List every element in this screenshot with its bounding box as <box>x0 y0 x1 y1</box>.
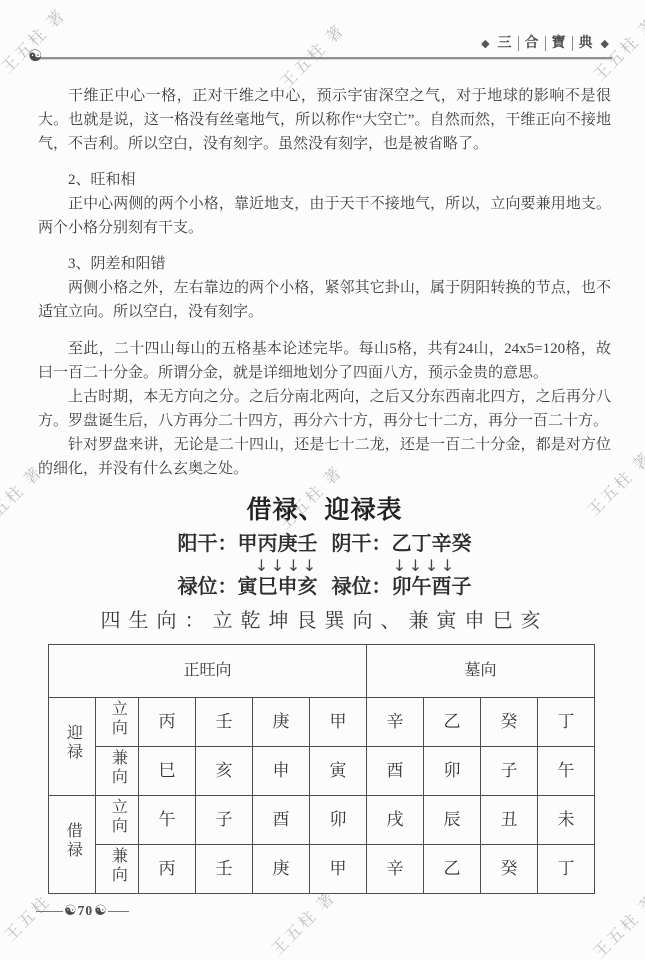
gan-char: 丁 <box>412 531 432 557</box>
lu-char: 寅 <box>238 574 258 600</box>
table-cell: 子 <box>196 796 253 845</box>
arrow-down-icon: ↓ <box>286 557 302 574</box>
table-cell: 乙 <box>424 845 481 894</box>
arrow-down-icon: ↓ <box>392 557 408 574</box>
arrow-down-icon: ↓ <box>440 557 456 574</box>
footer-rule-left <box>36 911 63 912</box>
row-group-label: 迎禄 <box>49 698 96 796</box>
gan-char: 癸 <box>452 531 472 557</box>
table-subtitle: 四生向：立乾坤艮巽向、兼寅申巳亥 <box>38 609 611 633</box>
table-cell: 申 <box>253 747 310 796</box>
lu-char: 酉 <box>432 574 452 600</box>
gan-char: 辛 <box>432 531 452 557</box>
table-cell: 癸 <box>481 698 538 747</box>
row-sublabel: 兼向 <box>96 747 139 796</box>
table-cell: 壬 <box>196 698 253 747</box>
table-cell: 壬 <box>196 845 253 894</box>
gan-row: 阳干： 甲 丙 庚 壬 阴干： 乙 丁 辛 癸 <box>178 531 472 557</box>
brand-char: 寶 <box>545 36 572 51</box>
lu-label: 禄位： <box>332 574 392 600</box>
yin-gan-label: 阴干： <box>332 531 392 557</box>
table-cell: 酉 <box>367 747 424 796</box>
table-cell: 乙 <box>424 698 481 747</box>
table-title: 借禄、迎禄表 <box>38 499 611 523</box>
lu-row: 禄位： 寅 巳 申 亥 禄位： 卯 午 酉 子 <box>178 574 472 600</box>
paragraph: 正中心两侧的两个小格，靠近地支，由于天干不接地气，所以，立向要兼用地支。两个小格… <box>38 192 611 240</box>
paragraph: 干维正中心一格，正对干维之中心，预示宇宙深空之气，对于地球的影响不是很大。也就是… <box>38 84 611 156</box>
paragraph: 两侧小格之外，左右靠边的两个小格，紧邻其它卦山，属于阴阳转换的节点，也不适宜立向… <box>38 276 611 324</box>
lu-char: 申 <box>278 574 298 600</box>
paragraph: 针对罗盘来讲，无论是二十四山，还是七十二龙，还是一百二十分金，都是对方位的细化，… <box>38 433 611 481</box>
yinyang-icon: ☯ <box>28 48 42 64</box>
table-cell: 辰 <box>424 796 481 845</box>
table-cell: 辛 <box>367 698 424 747</box>
table-cell: 甲 <box>310 698 367 747</box>
section-heading: 3、阴差和阳错 <box>38 252 611 276</box>
gan-char: 甲 <box>238 531 258 557</box>
book-page: 王五柱 著 王五柱 著 王五柱 著 王五柱 著 王五柱 著 王五柱 著 王五柱 … <box>0 0 645 960</box>
arrow-down-icon: ↓ <box>254 557 270 574</box>
table-cell: 子 <box>481 747 538 796</box>
table-cell: 酉 <box>253 796 310 845</box>
yinyang-icon: ☯ <box>93 904 108 918</box>
table-cell: 午 <box>139 796 196 845</box>
lu-char: 亥 <box>298 574 318 600</box>
table-cell: 巳 <box>139 747 196 796</box>
diamond-icon: ◆ <box>479 37 491 50</box>
book-brand: ◆ 三 合 寶 典 ◆ <box>479 36 611 51</box>
row-sublabel: 立向 <box>96 796 139 845</box>
table-cell: 寅 <box>310 747 367 796</box>
gan-char: 壬 <box>298 531 318 557</box>
table-cell: 庚 <box>253 698 310 747</box>
arrow-down-icon: ↓ <box>270 557 286 574</box>
table-row: 兼向 巳 亥 申 寅 酉 卯 子 午 <box>49 747 595 796</box>
gan-char: 丙 <box>258 531 278 557</box>
lu-char: 午 <box>412 574 432 600</box>
table-row: 迎禄 立向 丙 壬 庚 甲 辛 乙 癸 丁 <box>49 698 595 747</box>
lu-diagram: 阳干： 甲 丙 庚 壬 阴干： 乙 丁 辛 癸 阳干： ↓ <box>38 531 611 600</box>
table-cell: 丙 <box>139 845 196 894</box>
table-cell: 甲 <box>310 845 367 894</box>
row-sublabel: 兼向 <box>96 845 139 894</box>
lu-table: 正旺向 墓向 迎禄 立向 丙 壬 庚 甲 辛 乙 癸 丁 兼向 巳 <box>48 644 595 894</box>
header-rule <box>33 57 612 59</box>
yang-gan-label: 阳干： <box>178 531 238 557</box>
article: 干维正中心一格，正对干维之中心，预示宇宙深空之气，对于地球的影响不是很大。也就是… <box>38 84 611 894</box>
table-cell: 卯 <box>310 796 367 845</box>
col-header-mu: 墓向 <box>367 645 595 698</box>
table-row: 借禄 立向 午 子 酉 卯 戌 辰 丑 未 <box>49 796 595 845</box>
table-cell: 丁 <box>538 845 595 894</box>
page-footer: ☯ 70 ☯ <box>36 903 129 919</box>
brand-char: 三 <box>492 36 518 51</box>
lu-char: 卯 <box>392 574 412 600</box>
table-row: 兼向 丙 壬 庚 甲 辛 乙 癸 丁 <box>49 845 595 894</box>
arrow-row: 阳干： ↓ ↓ ↓ ↓ 阴干： ↓ ↓ ↓ ↓ <box>194 557 456 574</box>
arrow-down-icon: ↓ <box>408 557 424 574</box>
table-cell: 亥 <box>196 747 253 796</box>
table-cell: 癸 <box>481 845 538 894</box>
table-cell: 戌 <box>367 796 424 845</box>
footer-rule-right <box>108 911 129 912</box>
diamond-icon: ◆ <box>599 37 611 50</box>
table-cell: 丑 <box>481 796 538 845</box>
paragraph: 上古时期，本无方向之分。之后分南北两向，之后又分东西南北四方，之后再分八方。罗盘… <box>38 385 611 433</box>
table-cell: 午 <box>538 747 595 796</box>
row-group-label: 借禄 <box>49 796 96 894</box>
lu-char: 巳 <box>258 574 278 600</box>
gan-char: 乙 <box>392 531 412 557</box>
section-heading: 2、旺和相 <box>38 168 611 192</box>
row-sublabel: 立向 <box>96 698 139 747</box>
page-number: 70 <box>78 903 94 919</box>
table-cell: 辛 <box>367 845 424 894</box>
paragraph: 至此，二十四山每山的五格基本论述完毕。每山5格，共有24山，24x5=120格，… <box>38 337 611 385</box>
table-cell: 庚 <box>253 845 310 894</box>
table-cell: 丁 <box>538 698 595 747</box>
table-cell: 卯 <box>424 747 481 796</box>
lu-char: 子 <box>452 574 472 600</box>
brand-char: 典 <box>572 36 599 51</box>
col-header-zheng: 正旺向 <box>49 645 367 698</box>
brand-char: 合 <box>518 36 545 51</box>
table-cell: 未 <box>538 796 595 845</box>
table-header-row: 正旺向 墓向 <box>49 645 595 698</box>
yinyang-icon: ☯ <box>63 904 78 918</box>
lu-label: 禄位： <box>178 574 238 600</box>
table-cell: 丙 <box>139 698 196 747</box>
arrow-down-icon: ↓ <box>424 557 440 574</box>
arrow-down-icon: ↓ <box>302 557 318 574</box>
gan-char: 庚 <box>278 531 298 557</box>
